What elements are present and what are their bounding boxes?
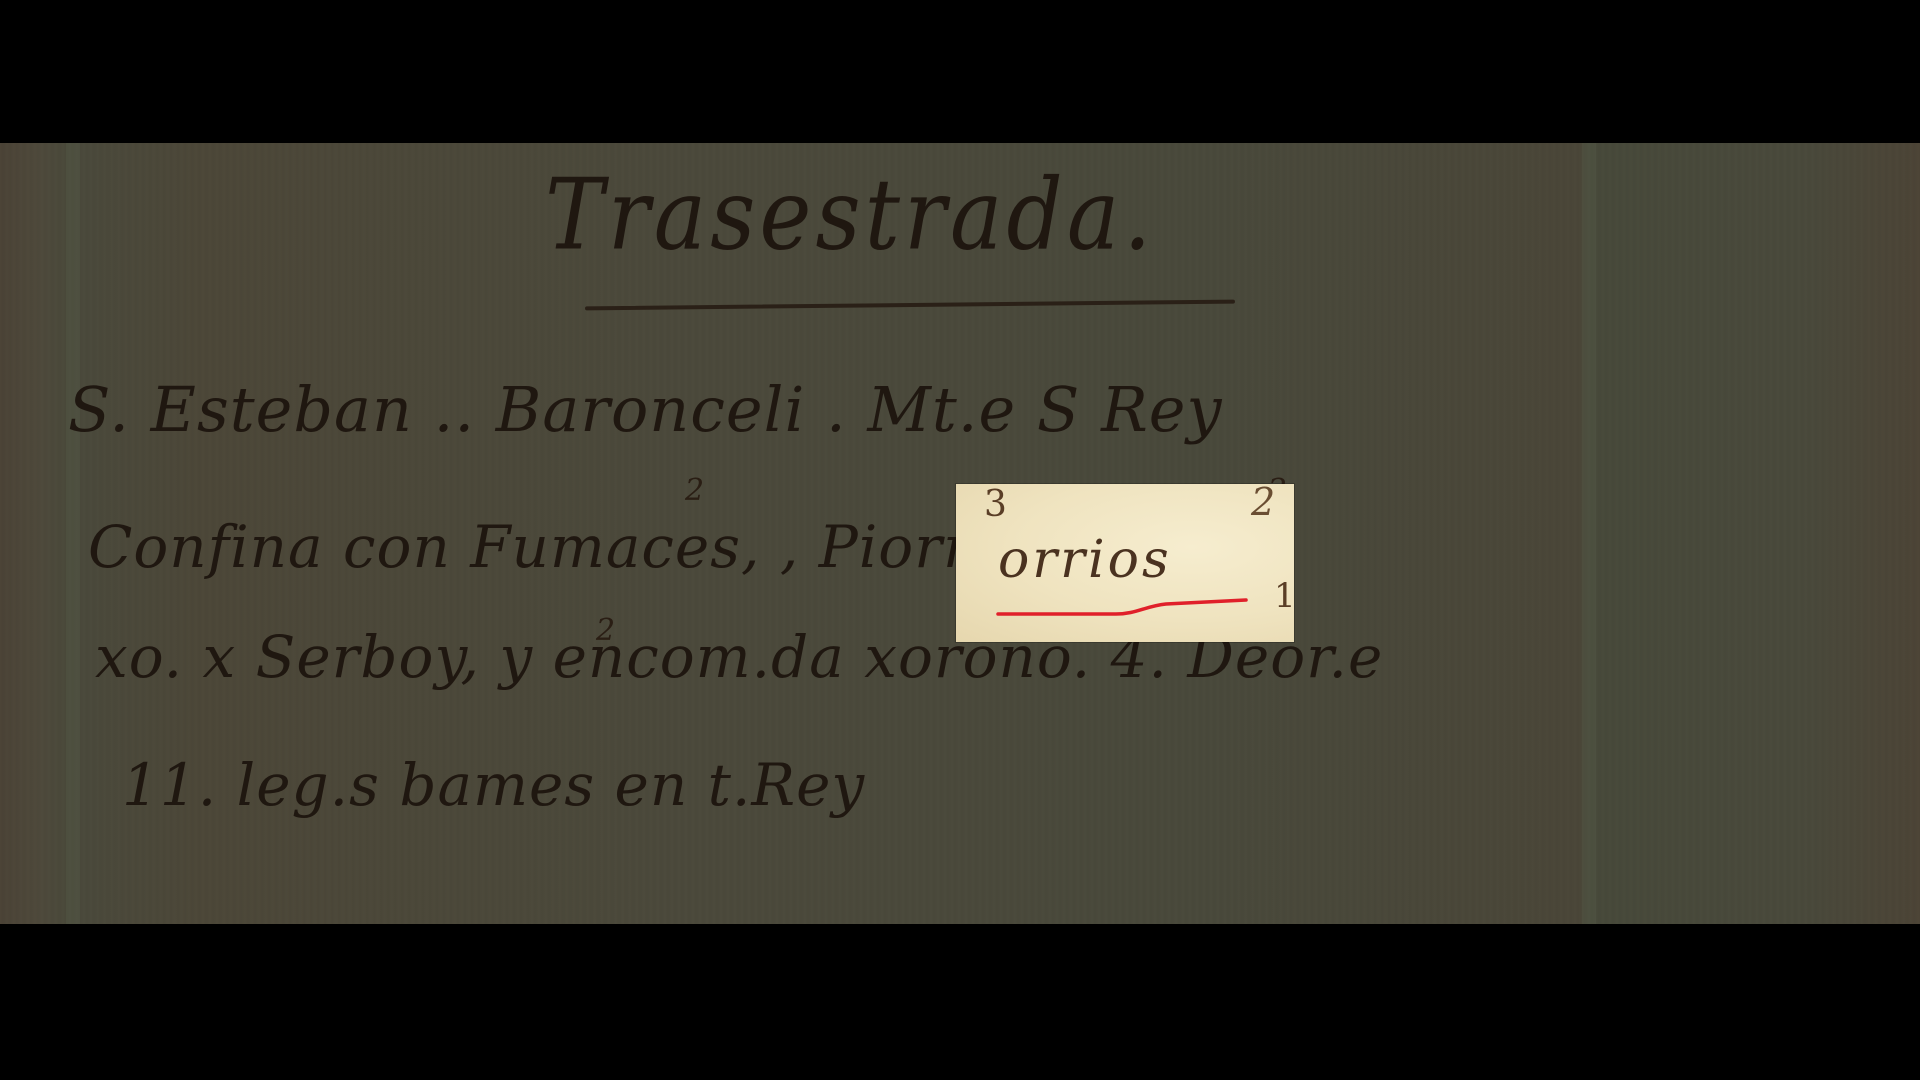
letterbox-bottom (0, 924, 1920, 1080)
text-line-1: S. Esteban .. Baronceli . Mt.e S Rey (68, 373, 1222, 446)
highlighted-word-region[interactable]: 3 orrios 2 1 (956, 484, 1294, 642)
page-fold-right (1582, 143, 1596, 924)
image-viewer: Trasestrada. S. Esteban .. Baronceli . M… (0, 0, 1920, 1080)
red-underline-annotation (996, 584, 1256, 624)
manuscript-page: Trasestrada. S. Esteban .. Baronceli . M… (0, 143, 1920, 924)
text-line-4: 11. leg.s bames en t.Rey (122, 751, 865, 819)
highlighted-word: orrios (998, 530, 1172, 590)
text-line-2: Confina con Fumaces, , Piornedo (88, 513, 1091, 581)
highlight-trailing-mark: 1 (1274, 576, 1294, 616)
document-title: Trasestrada. (545, 157, 1155, 272)
highlight-prefix-mark: 3 (984, 484, 1007, 525)
page-fold-left (66, 143, 80, 924)
superscript-fumaces: 2 (685, 473, 704, 508)
letterbox-top (0, 0, 1920, 143)
title-underline (585, 300, 1235, 311)
highlight-suffix-mark: 2 (1251, 484, 1275, 524)
